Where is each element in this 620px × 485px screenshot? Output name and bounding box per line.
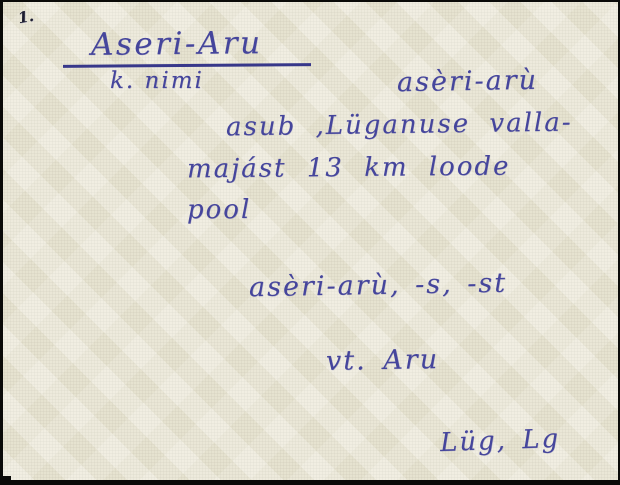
card-title: Aseri-Aru — [91, 25, 263, 63]
cross-reference: vt. Aru — [326, 344, 440, 377]
card-subtitle: k. nimi — [110, 68, 204, 94]
location-line-2: majást 13 km loode — [187, 152, 511, 185]
declension-forms: asèri-arù, -s, -st — [249, 268, 508, 304]
corner-number: 1. — [17, 7, 36, 27]
index-card: 1. Aseri-Aru k. nimi asèri-arù asub ,Lüg… — [0, 0, 620, 485]
scan-edge-artifact — [1, 476, 11, 482]
source-abbreviations: Lüg, Lg — [440, 424, 561, 458]
location-line-1: asub ,Lüganuse valla- — [226, 108, 573, 143]
location-line-3: pool — [187, 195, 251, 225]
headword: asèri-arù — [397, 65, 539, 98]
